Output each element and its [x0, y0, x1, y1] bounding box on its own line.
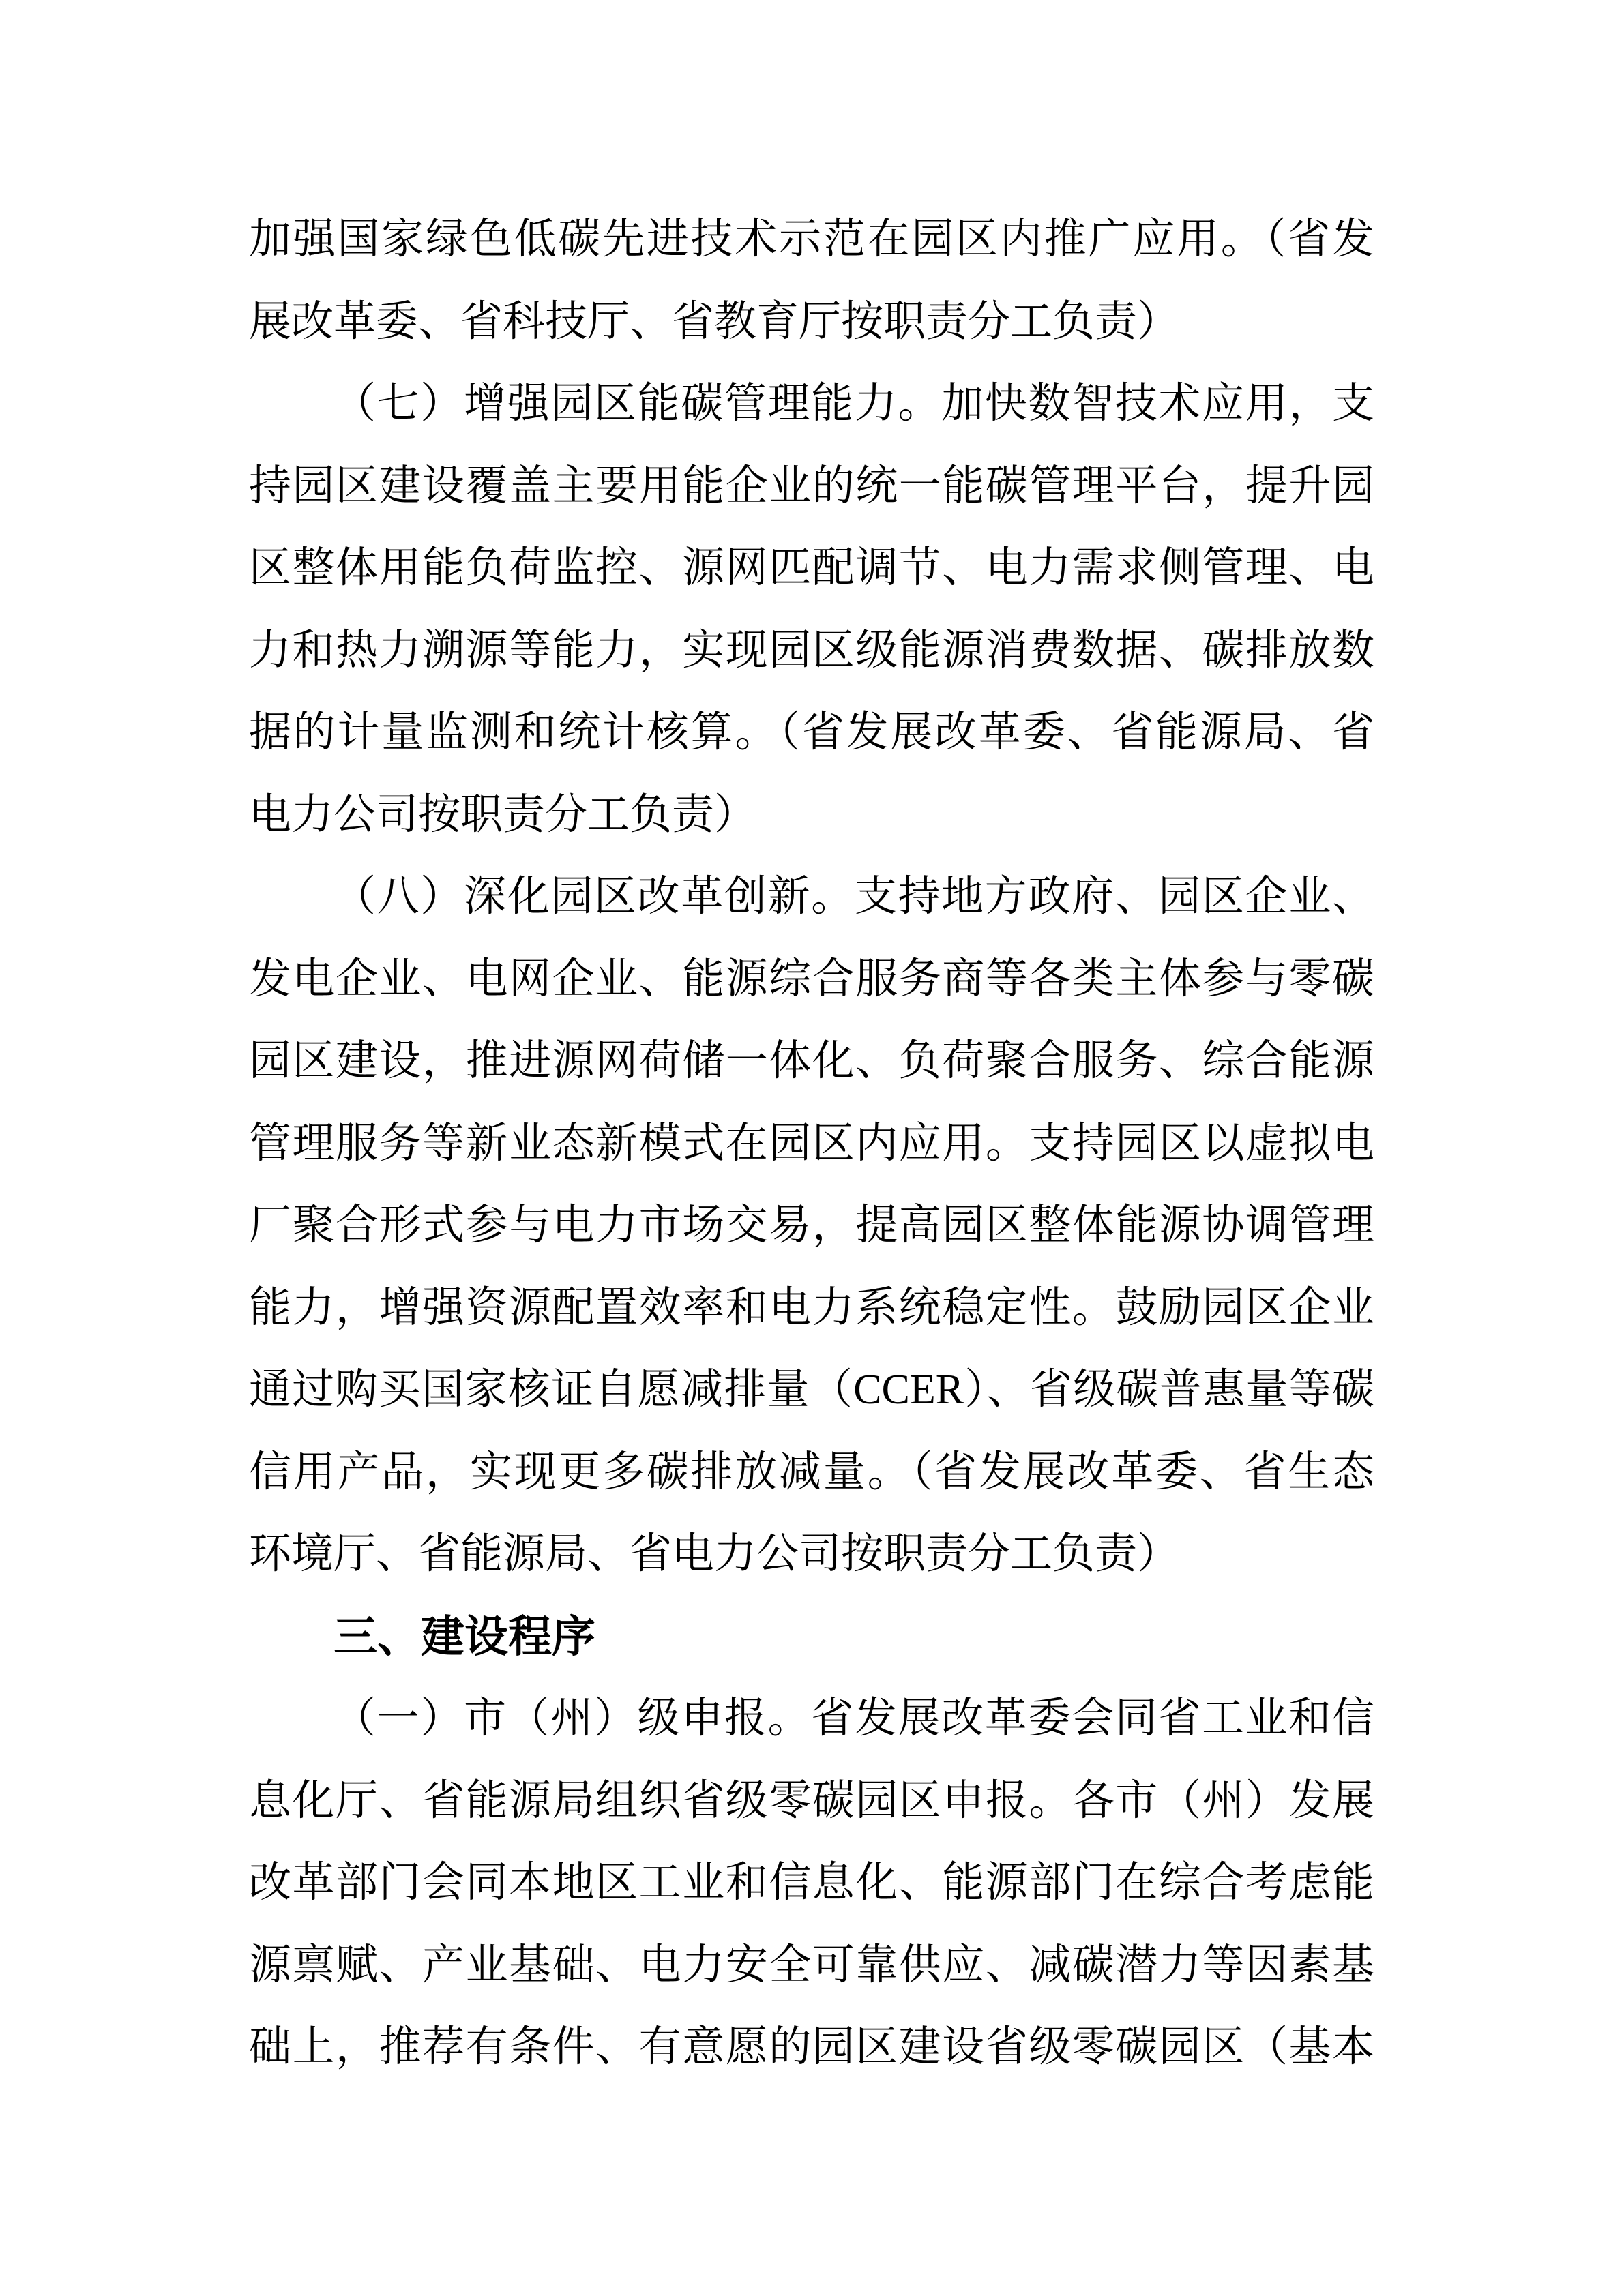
text-line: 据的计量监测和统计核算。（省发展改革委、省能源局、省: [249, 691, 1374, 774]
text-line: 区整体用能负荷监控、源网匹配调节、电力需求侧管理、电: [249, 527, 1374, 610]
text-line: 加强国家绿色低碳先进技术示范在园区内推广应用。（省发: [249, 198, 1374, 281]
text-line: 管理服务等新业态新模式在园区内应用。支持园区以虚拟电: [249, 1103, 1374, 1185]
text-line: 园区建设，推进源网荷储一体化、负荷聚合服务、综合能源: [249, 1020, 1374, 1103]
text-line: 发电企业、电网企业、能源综合服务商等各类主体参与零碳: [249, 938, 1374, 1021]
section-heading: 三、建设程序: [249, 1596, 1374, 1678]
text-line: 力和热力溯源等能力，实现园区级能源消费数据、碳排放数: [249, 610, 1374, 692]
text-line: 电力公司按职责分工负责）: [249, 774, 1374, 856]
text-line: 展改革委、省科技厅、省教育厅按职责分工负责）: [249, 281, 1374, 363]
text-line: 息化厅、省能源局组织省级零碳园区申报。各市（州）发展: [249, 1760, 1374, 1843]
text-line: 改革部门会同本地区工业和信息化、能源部门在综合考虑能: [249, 1842, 1374, 1924]
text-line: （一）市（州）级申报。省发展改革委会同省工业和信: [249, 1678, 1374, 1760]
text-line: 厂聚合形式参与电力市场交易，提高园区整体能源协调管理: [249, 1184, 1374, 1267]
text-line: 础上，推荐有条件、有意愿的园区建设省级零碳园区（基本: [249, 2006, 1374, 2089]
text-line: 持园区建设覆盖主要用能企业的统一能碳管理平台，提升园: [249, 445, 1374, 528]
text-line: 环境厅、省能源局、省电力公司按职责分工负责）: [249, 1513, 1374, 1596]
text-line: 信用产品，实现更多碳排放减量。（省发展改革委、省生态: [249, 1431, 1374, 1514]
text-line: （七）增强园区能碳管理能力。加快数智技术应用，支: [249, 363, 1374, 445]
text-line: （八）深化园区改革创新。支持地方政府、园区企业、: [249, 856, 1374, 938]
document-text-block: 加强国家绿色低碳先进技术示范在园区内推广应用。（省发展改革委、省科技厅、省教育厅…: [249, 198, 1374, 2089]
text-line: 能力，增强资源配置效率和电力系统稳定性。鼓励园区企业: [249, 1267, 1374, 1350]
document-page: 加强国家绿色低碳先进技术示范在园区内推广应用。（省发展改革委、省科技厅、省教育厅…: [0, 0, 1624, 2296]
text-line: 源禀赋、产业基础、电力安全可靠供应、减碳潜力等因素基: [249, 1924, 1374, 2007]
text-line: 通过购买国家核证自愿减排量（CCER）、省级碳普惠量等碳: [249, 1349, 1374, 1431]
